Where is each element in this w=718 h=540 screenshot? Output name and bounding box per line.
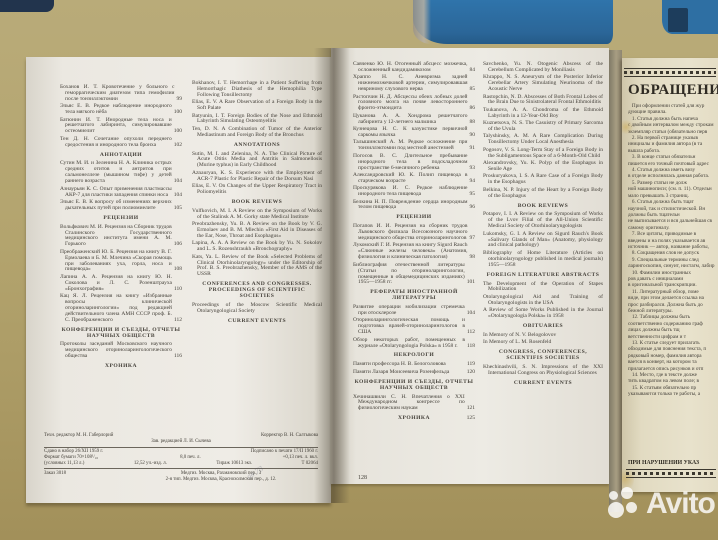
toc-entry: Лапина А. А. Рецензия на книгу Ю. Н. Сок… [60, 275, 182, 293]
toc-entry-page: 86 [470, 106, 476, 112]
toc-entry-text: Лукомский Г. И. Рецензия на книгу Sigurd… [353, 243, 468, 261]
toc-heading: OBITUARIES [483, 324, 603, 330]
toc-entry: Батюнин И. Т. Инородные тела носа и реше… [60, 118, 182, 136]
toc-entry-text: Savchenko, Yu. N. Otogenic Abscess of th… [483, 62, 603, 74]
toc-entry-text: Tsukanova, A. A. Chondroma of the Ethmoi… [483, 108, 603, 120]
toc-entry: Кац Я. Л. Рецензия на книгу «Избранные в… [60, 294, 182, 324]
toc-entry-text: Kats, Ya. L. Review of the Book «Selecte… [192, 255, 322, 279]
toc-entry-page: 99 [177, 97, 183, 103]
toc-entry-page: 100 [174, 110, 182, 116]
back-page-line: с двойным интервалом между строкам [628, 122, 718, 128]
toc-entry-text: Bokhanov, I. T. Hemorrhage in a Patient … [192, 81, 322, 99]
toc-entry-page: 102 [174, 143, 182, 149]
toc-entry: In Memory of N. V. Belogolovov [483, 333, 603, 339]
toc-heading: FOREIGN LITERATURE ABSTRACTS [483, 273, 603, 279]
ornament-border-bottom [626, 469, 716, 478]
toc-entry-text: In Memory of L. M. Rosenfeld [483, 340, 603, 346]
toc-entry-text: Vulfkovich, M. I. A Review on the Sympos… [192, 209, 322, 221]
toc-heading: РЕФЕРАТЫ ИНОСТРАННОЙ ЛИТЕРАТУРЫ [353, 290, 475, 302]
toc-entry-page: 94 [470, 179, 476, 185]
toc-entry-text: Растопчин Н. Д. Абсцессы обеих лобных до… [353, 95, 468, 113]
toc-heading: BOOK REVIEWS [192, 200, 322, 206]
toc-heading: CURRENT EVENTS [483, 381, 603, 387]
toc-entry-text: Aznauryan, K. S. Experience with the Emp… [192, 171, 322, 183]
toc-entry-text: Preobrazhensky, Yu. B. A Review on the B… [192, 222, 322, 240]
toc-entry-text: Белкина Н. П. Повреждение сердца инородн… [353, 200, 468, 212]
toc-entry: Alexandrovsky, Yu. K. Polyp of the Esoph… [483, 161, 603, 173]
toc-entry-page: 88 [470, 120, 476, 126]
toc-entry: Batyunin, I. T. Foreign Bodies of the No… [192, 114, 322, 126]
toc-entry: Вольфкович М. И. Рецензия на Сборник тру… [60, 225, 182, 249]
toc-entry-text: Тен Д. Н. Сочетание опухоли переднего ср… [60, 137, 172, 149]
toc-entry-page: 110 [174, 287, 182, 293]
toc-entry-text: Khechinashvili, S. N. Impressions of the… [483, 365, 603, 377]
toc-entry-text: Ten, D. N. A Combination of Tumor of the… [192, 127, 322, 139]
toc-entry-text: Библиография отечественной литературы (С… [353, 263, 465, 287]
back-page-line: ларингоскопия, синуит, нистагм, лабир [628, 263, 718, 269]
toc-entry-text: Савченко Ю. Н. Отогенный абсцесс мозжечк… [353, 62, 468, 74]
toc-entry-page: 100 [174, 129, 182, 135]
toc-entry: Хечинашвили С. Н. Впечатления о XXI Межд… [353, 395, 475, 413]
toc-entry-page: 101 [467, 280, 475, 286]
toc-entry-text: Potapov, I. I. A Review on the Symposium… [483, 212, 603, 230]
toc-entry: Bokhanov, I. T. Hemorrhage in a Patient … [192, 81, 322, 99]
toc-entry-text: Elias, E. V. On Changes of the Upper Res… [192, 184, 322, 196]
blue-book-corner-dark-patch [668, 8, 688, 32]
toc-entry-text: Памяти Лазаря Моисеевича Розенфельда [353, 370, 465, 376]
toc-entry: Проскурякова И. С. Редкое наблюдение ино… [353, 186, 475, 198]
back-page-line: научной, так и стилистической. Вн [628, 206, 718, 212]
toc-entry: Preobrazhensky, Yu. B. A Review on the B… [192, 222, 322, 240]
toc-entry-text: Талышинский А. М. Редкое осложнение при … [353, 140, 468, 152]
toc-entry-text: Преображенский Ю. Б. Рецензия на книгу В… [60, 250, 172, 274]
back-page-line: введены и на полях указывается ав [628, 238, 718, 244]
toc-entry: Kuznetsova, N. S. The Casuistry of Prima… [483, 121, 603, 133]
publisher-sheets: 12,52 уч.-изд. л. [134, 461, 167, 467]
toc-entry-text: Bibliography of Home Literature (Article… [483, 251, 603, 269]
toc-entry-text: Proskuryakova, I. S. A Rare Case of a Fo… [483, 174, 603, 186]
back-page-line: обходимые для пояснения текста, п [628, 346, 718, 352]
toc-entry: Обзор некоторых работ, помещенных в журн… [353, 338, 475, 350]
toc-entry: Лукомский Г. И. Рецензия на книгу Sigurd… [353, 243, 475, 261]
toc-entry: The Development of the Operation of Stap… [483, 282, 603, 294]
blue-book-cover [413, 0, 613, 44]
toc-heading: CURRENT EVENTS [192, 319, 322, 325]
toc-entry-text: Оториноларингологическая помощь и подгот… [353, 318, 465, 336]
toc-entry-page: 104 [467, 311, 475, 317]
toc-entry: Sutin, M. I. and Zelenina, N. A. The Cli… [192, 152, 322, 170]
print-sheets: 8,0 печ. л. [180, 455, 201, 461]
toc-entry-text: Rastopchin, N. D. Abscesses of Both Fron… [483, 95, 603, 107]
toc-entry: Эльяс Е. В. К вопросу об изменениях верх… [60, 200, 182, 212]
toc-entry-page: 112 [467, 330, 475, 336]
toc-heading: ANNOTATIONS [192, 143, 322, 149]
toc-entry-text: Азнаурьян К. С. Опыт применения пластмас… [60, 187, 172, 199]
toc-entry-text: Цуканова А. А. Хондрома решетчатого лаби… [353, 114, 468, 126]
toc-entry: Otolaryngological Aid and Training of Ot… [483, 295, 603, 307]
toc-entry-text: Погосов В. С. Длительное пребывание инор… [353, 154, 468, 172]
toc-entry: Khrappo, N. S. Aneurysm of the Posterior… [483, 75, 603, 93]
toc-entry: Lukomsky, G. I. A Review on Sigurd Rauch… [483, 232, 603, 250]
toc-entry-text: Кац Я. Л. Рецензия на книгу «Избранные в… [60, 294, 172, 324]
toc-entry: Kats, Ya. L. Review of the Book «Selecte… [192, 255, 322, 279]
toc-heading-page: 125 [467, 416, 475, 422]
toc-entry-page: 84 [470, 68, 476, 74]
toc-entry-text: Боханов И. Т. Кровотечение у больного с … [60, 85, 175, 103]
imprint-table: Сдано в набор 26/XII 1959 г. Подписано к… [44, 447, 318, 469]
toc-entry-page: 98 [470, 255, 476, 261]
toc-entry-page: 91 [470, 146, 476, 152]
toc-entry-text: The Development of the Operation of Stap… [483, 282, 603, 294]
toc-heading: ХРОНИКА 125 [353, 416, 475, 422]
toc-entry: Bibliography of Home Literature (Article… [483, 251, 603, 269]
toc-entry: Proceedings of the Moscow Scientific Med… [192, 303, 322, 315]
toc-entry-page: 96 [470, 205, 476, 211]
right-page-russian-column: Савченко Ю. Н. Отогенный абсцесс мозжечк… [353, 62, 475, 425]
toc-entry: Растопчин Н. Д. Абсцессы обеих лобных до… [353, 95, 475, 113]
toc-heading: CONFERENCES AND CONGRESSES. PROCEEDINGS … [192, 282, 322, 300]
toc-entry: In Memory of L. M. Rosenfeld [483, 340, 603, 346]
toc-entry: Памяти профессора Н. В. Белоголовова 119 [353, 362, 475, 368]
toc-entry: Сутин М. И. и Зеленина Н. А. Клиника ост… [60, 161, 182, 185]
back-page-title: ОБРАЩЕНИЕ [628, 82, 718, 99]
toc-heading: РЕЦЕНЗИИ [60, 216, 182, 222]
toc-entry-text: In Memory of N. V. Belogolovov [483, 333, 603, 339]
toc-entry: Протоколы заседаний Московского научного… [60, 342, 182, 360]
toc-entry: Александровский Ю. К. Полип пищевода в с… [353, 173, 475, 185]
toc-entry-page: 121 [467, 406, 475, 412]
toc-entry-page: 85 [470, 87, 476, 93]
toc-entry-text: Otolaryngological Aid and Training of Ot… [483, 295, 603, 307]
toc-entry-text: Pogosov, V. S. Long-Term Stay of a Forei… [483, 148, 603, 160]
back-page-line: в отделе исполнялась данная работа. [628, 173, 718, 179]
toc-entry: Библиография отечественной литературы (С… [353, 263, 475, 287]
toc-entry-page: 120 [467, 370, 475, 376]
blue-book-worn-edge [413, 0, 431, 44]
toc-entry-page: 112 [174, 318, 182, 324]
toc-entry: Талышинский А. М. Редкое осложнение при … [353, 140, 475, 152]
toc-entry: Белкина Н. П. Повреждение сердца инородн… [353, 200, 475, 212]
toc-entry: Храппо Н. С. Аневризма задней нижнемозже… [353, 75, 475, 93]
back-page-line: не выписывается и вся дальнейшая св [628, 218, 718, 224]
toc-heading: НЕКРОЛОГИ [353, 353, 475, 359]
toc-entry-page: 106 [174, 242, 182, 248]
toc-entry: Погосов В. С. Длительное пребывание инор… [353, 154, 475, 172]
toc-entry-page: 105 [174, 206, 182, 212]
toc-entry-text: Храппо Н. С. Аневризма задней нижнемозже… [353, 75, 468, 93]
toc-entry-text: Лапина А. А. Рецензия на книгу Ю. Н. Сок… [60, 275, 172, 293]
toc-entry: Lapina, A. A. A Review on the Book by Yu… [192, 241, 322, 253]
publisher-address: Медгиз. Москва, Рахмановский пер., 3 2-я… [124, 471, 318, 483]
conventional-sheets: (условных 11,13 л.) [44, 461, 84, 467]
toc-entry: Ten, D. N. A Combination of Tumor of the… [192, 127, 322, 139]
toc-entry: Proskuryakova, I. S. A Rare Case of a Fo… [483, 174, 603, 186]
toc-entry: Тен Д. Н. Сочетание опухоли переднего ср… [60, 137, 182, 149]
toc-entry-text: Обзор некоторых работ, помещенных в журн… [353, 338, 465, 350]
page-stack-edges [333, 484, 609, 499]
toc-entry-text: Sutin, M. I. and Zelenina, N. A. The Cli… [192, 152, 322, 170]
page-number: 128 [358, 475, 367, 481]
right-page-english-column: Savchenko, Yu. N. Otogenic Abscess of th… [483, 62, 603, 390]
toc-entry-text: Kuznetsova, N. S. The Casuistry of Prima… [483, 121, 603, 133]
toc-entry-text: Belkina, N. P. Injury of the Heart by a … [483, 188, 603, 200]
toc-entry-page: 104 [174, 179, 182, 185]
toc-entry-text: Talyshinsky, A. M. A Rare Complication D… [483, 134, 603, 146]
toc-entry: Боханов И. Т. Кровотечение у больного с … [60, 85, 182, 103]
toc-entry: Памяти Лазаря Моисеевича Розенфельда 120 [353, 370, 475, 376]
toc-heading: РЕЦЕНЗИИ [353, 215, 475, 221]
toc-entry: Aznauryan, K. S. Experience with the Emp… [192, 171, 322, 183]
toc-entry: Rastopchin, N. D. Abscesses of Both Fron… [483, 95, 603, 107]
toc-entry-text: Хечинашвили С. Н. Впечатления о XXI Межд… [353, 395, 465, 413]
toc-entry-text: Сутин М. И. и Зеленина Н. А. Клиника ост… [60, 161, 172, 185]
toc-entry-page: 95 [470, 192, 476, 198]
avito-logo-icon [608, 487, 642, 521]
avito-watermark-label: Avito [646, 487, 715, 521]
book-gutter-shadow [314, 48, 350, 503]
toc-heading: КОНФЕРЕНЦИИ И СЪЕЗДЫ, ОТЧЕТЫ НАУЧНЫХ ОБЩ… [353, 380, 475, 392]
toc-entry: Кузнецова Н. С. К казуистике первичной с… [353, 127, 475, 139]
print-run: Тираж 10613 экз. [216, 461, 252, 467]
toc-entry: Tsukanova, A. A. Chondroma of the Ethmoi… [483, 108, 603, 120]
back-page-text: При оформлении статей для жур дующие пра… [628, 103, 718, 398]
toc-entry-text: Elias, E. V. A Rare Observation of a For… [192, 100, 322, 112]
corrector: Корректор В. Н. Салтыкова [261, 433, 318, 439]
navy-book-corner [0, 0, 54, 12]
toc-entry-text: Вольфкович М. И. Рецензия на Сборник тру… [60, 225, 172, 249]
toc-entry-page: 118 [467, 344, 475, 350]
ornament-border-top [624, 68, 716, 77]
toc-entry-text: Эльяс Е. В. К вопросу об изменениях верх… [60, 200, 172, 212]
left-page: Боханов И. Т. Кровотечение у больного с … [26, 57, 331, 503]
toc-heading: BOOK REVIEWS [483, 204, 603, 210]
toc-entry-text: Proceedings of the Moscow Scientific Med… [192, 303, 322, 315]
toc-heading: АННОТАЦИИ [60, 153, 182, 159]
toc-entry: Potapov, I. I. A Review on the Symposium… [483, 212, 603, 230]
toc-entry: Elias, E. V. On Changes of the Upper Res… [192, 184, 322, 196]
toc-entry-text: Потапов И. И. Рецензия на сборник трудов… [353, 224, 468, 242]
order-number: Заказ 3018 [44, 471, 124, 483]
toc-entry: Преображенский Ю. Б. Рецензия на книгу В… [60, 250, 182, 274]
toc-entry-text: Эльяс Е. В. Редкое наблюдение инородного… [60, 104, 172, 116]
toc-entry: Эльяс Е. В. Редкое наблюдение инородного… [60, 104, 182, 116]
back-page-instructions: ОБРАЩЕНИЕ При оформлении статей для жур … [622, 58, 718, 492]
book-fore-edge [609, 50, 622, 512]
toc-entry-page: 104 [174, 193, 182, 199]
toc-entry-text: Batyunin, I. T. Foreign Bodies of the No… [192, 114, 322, 126]
toc-entry-text: Кузнецова Н. С. К казуистике первичной с… [353, 127, 468, 139]
back-page-footer: ПРИ НАРУШЕНИИ УКАЗ [628, 460, 699, 466]
toc-entry: Khechinashvili, S. N. Impressions of the… [483, 365, 603, 377]
toc-heading: КОНФЕРЕНЦИИ И СЪЕЗДЫ, ОТЧЕТЫ НАУЧНЫХ ОБЩ… [60, 328, 182, 340]
toc-entry: Pogosov, V. S. Long-Term Stay of a Forei… [483, 148, 603, 160]
toc-entry-page: 90 [470, 133, 476, 139]
toc-entry: Оториноларингологическая помощь и подгот… [353, 318, 475, 336]
toc-entry-text: Александровский Ю. К. Полип пищевода в с… [353, 173, 468, 185]
toc-entry-text: Протоколы заседаний Московского научного… [60, 342, 172, 360]
toc-entry-text: Памяти профессора Н. В. Белоголовова [353, 362, 465, 368]
toc-entry-page: 93 [470, 166, 476, 172]
toc-entry: Цуканова А. А. Хондрома решетчатого лаби… [353, 114, 475, 126]
toc-entry-text: Проскурякова И. С. Редкое наблюдение ино… [353, 186, 468, 198]
toc-entry: Развитие операции мобилизации стремечка … [353, 305, 475, 317]
toc-entry-text: Khrappo, N. S. Aneurysm of the Posterior… [483, 75, 603, 93]
toc-entry: Talyshinsky, A. M. A Rare Complication D… [483, 134, 603, 146]
toc-entry-text: Lukomsky, G. I. A Review on Sigurd Rauch… [483, 232, 603, 250]
tech-editor: Техн. редактор М. Н. Габерлорий [44, 433, 113, 439]
toc-entry-text: Батюнин И. Т. Инородные тела носа и реше… [60, 118, 172, 136]
toc-entry-text: Lapina, A. A. A Review on the Book by Yu… [192, 241, 322, 253]
toc-entry-page: 108 [174, 267, 182, 273]
toc-entry: Савченко Ю. Н. Отогенный абсцесс мозжечк… [353, 62, 475, 74]
back-page-line: ной машинописи; (см. п. 11). Отдельн [628, 186, 718, 192]
toc-entry: A Review of Some Works Published in the … [483, 308, 603, 320]
toc-entry-page: 119 [467, 362, 475, 368]
managing-editor: Зав. редакцией Л. И. Сычева [44, 439, 318, 445]
left-page-russian-column: Боханов И. Т. Кровотечение у больного с … [60, 85, 182, 373]
toc-entry-text: Alexandrovsky, Yu. K. Polyp of the Esoph… [483, 161, 603, 173]
toc-heading: CONGRESS, CONFERENCES, SCIENTIFIS SOCIET… [483, 350, 603, 362]
toc-entry: Азнаурьян К. С. Опыт применения пластмас… [60, 187, 182, 199]
toc-heading: ХРОНИКА [60, 364, 182, 370]
photo-open-journal: Боханов И. Т. Кровотечение у больного с … [0, 0, 718, 540]
toc-entry-text: Развитие операции мобилизации стремечка … [353, 305, 465, 317]
toc-entry: Belkina, N. P. Injury of the Heart by a … [483, 188, 603, 200]
toc-entry: Потапов И. И. Рецензия на сборник трудов… [353, 224, 475, 242]
avito-watermark: Avito [608, 487, 715, 521]
toc-entry: Vulfkovich, M. I. A Review on the Sympos… [192, 209, 322, 221]
right-page: Савченко Ю. Н. Отогенный абсцесс мозжечк… [331, 48, 609, 484]
toc-entry-page: 116 [174, 354, 182, 360]
toc-entry: Savchenko, Yu. N. Otogenic Abscess of th… [483, 62, 603, 74]
toc-entry-page: 97 [470, 236, 476, 242]
toc-entry: Elias, E. V. A Rare Observation of a For… [192, 100, 322, 112]
toc-entry-text: A Review of Some Works Published in the … [483, 308, 603, 320]
left-page-english-column: Bokhanov, I. T. Hemorrhage in a Patient … [192, 81, 322, 328]
back-page-line: указываются только те работы, а [628, 391, 718, 397]
imprint-block: Техн. редактор М. Н. Габерлорий Корректо… [44, 433, 318, 483]
